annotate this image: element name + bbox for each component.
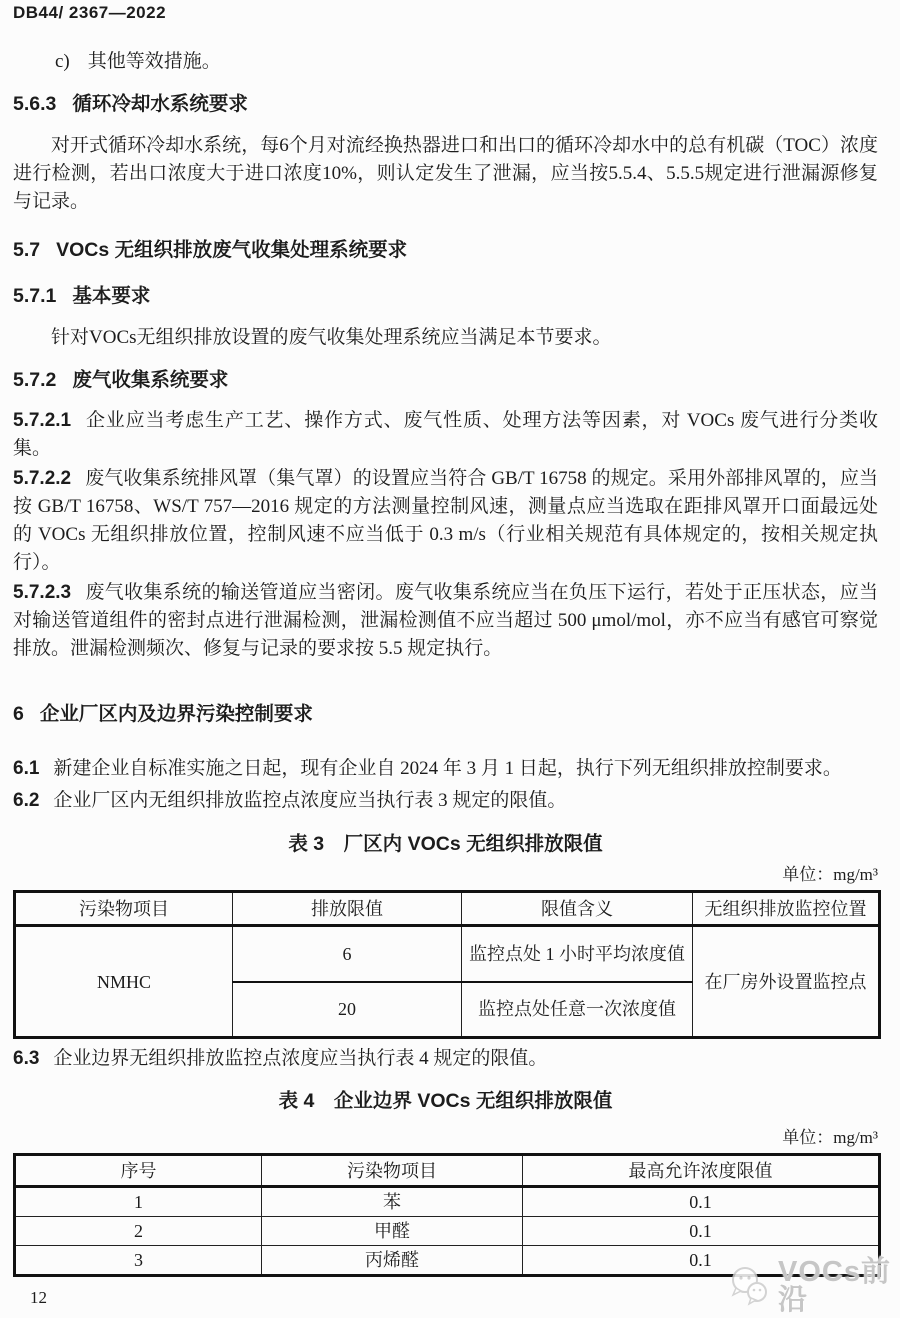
list-item-label: c) xyxy=(55,51,70,72)
table4-cell-no: 3 xyxy=(15,1246,262,1276)
table-row: 2 甲醛 0.1 xyxy=(15,1217,880,1246)
table4-unit-label: 单位：mg/m³ xyxy=(13,1127,878,1149)
table3-cell-meaning: 监控点处 1 小时平均浓度值 xyxy=(462,926,693,982)
table3-header-location: 无组织排放监控位置 xyxy=(693,892,880,926)
table3-title: 表 3 厂区内 VOCs 无组织排放限值 xyxy=(13,830,878,858)
heading-5-7: 5.7VOCs 无组织排放废气收集处理系统要求 xyxy=(13,236,878,264)
table4-cell-no: 2 xyxy=(15,1217,262,1246)
table4-header-pollutant: 污染物项目 xyxy=(262,1155,523,1187)
paragraph-5-6-3: 对开式循环冷却水系统，每6个月对流经换热器进口和出口的循环冷却水中的总有机碳（T… xyxy=(13,132,878,216)
table4-title: 表 4 企业边界 VOCs 无组织排放限值 xyxy=(13,1087,878,1115)
paragraph-5-7-1: 针对VOCs无组织排放设置的废气收集处理系统应当满足本节要求。 xyxy=(13,324,878,352)
table4-cell-limit: 0.1 xyxy=(523,1217,880,1246)
table3-header-meaning: 限值含义 xyxy=(462,892,693,926)
table-row: NMHC 6 监控点处 1 小时平均浓度值 在厂房外设置监控点 xyxy=(15,926,880,982)
table-row: 3 丙烯醛 0.1 xyxy=(15,1246,880,1276)
table3-header-limit: 排放限值 xyxy=(233,892,462,926)
heading-5-7-1: 5.7.1基本要求 xyxy=(13,282,878,310)
table3-header-pollutant: 污染物项目 xyxy=(15,892,233,926)
clause-5-7-2-2: 5.7.2.2废气收集系统排风罩（集气罩）的设置应当符合 GB/T 16758 … xyxy=(13,465,878,577)
table3-cell-pollutant: NMHC xyxy=(15,926,233,1038)
table4-cell-no: 1 xyxy=(15,1187,262,1217)
clause-6-3: 6.3企业边界无组织排放监控点浓度应当执行表 4 规定的限值。 xyxy=(13,1045,878,1073)
table3-cell-limit: 6 xyxy=(233,926,462,982)
table3-header-row: 污染物项目 排放限值 限值含义 无组织排放监控位置 xyxy=(15,892,880,926)
table3-cell-meaning: 监控点处任意一次浓度值 xyxy=(462,982,693,1038)
table3-cell-limit: 20 xyxy=(233,982,462,1038)
table4-cell-limit: 0.1 xyxy=(523,1246,880,1276)
heading-5-7-2: 5.7.2废气收集系统要求 xyxy=(13,366,878,394)
clause-5-7-2-1: 5.7.2.1企业应当考虑生产工艺、操作方式、废气性质、处理方法等因素，对 VO… xyxy=(13,407,878,463)
table4-cell-name: 甲醛 xyxy=(262,1217,523,1246)
page-number: 12 xyxy=(30,1284,47,1312)
table4-header-no: 序号 xyxy=(15,1155,262,1187)
clause-5-7-2-3: 5.7.2.3废气收集系统的输送管道应当密闭。废气收集系统应当在负压下运行，若处… xyxy=(13,579,878,663)
table4-boundary-limits: 序号 污染物项目 最高允许浓度限值 1 苯 0.1 2 甲醛 0.1 3 丙烯醛… xyxy=(13,1153,881,1277)
list-item-c: c)其他等效措施。 xyxy=(55,48,878,76)
clause-6-1: 6.1新建企业自标准实施之日起，现有企业自 2024 年 3 月 1 日起，执行… xyxy=(13,755,878,783)
table4-header-row: 序号 污染物项目 最高允许浓度限值 xyxy=(15,1155,880,1187)
table-row: 1 苯 0.1 xyxy=(15,1187,880,1217)
table4-header-maxlimit: 最高允许浓度限值 xyxy=(523,1155,880,1187)
table4-cell-name: 苯 xyxy=(262,1187,523,1217)
heading-6: 6企业厂区内及边界污染控制要求 xyxy=(13,700,878,728)
table3-cell-location: 在厂房外设置监控点 xyxy=(693,926,880,1038)
table4-cell-limit: 0.1 xyxy=(523,1187,880,1217)
document-page: DB44/ 2367—2022 c)其他等效措施。 5.6.3循环冷却水系统要求… xyxy=(0,0,900,1318)
doc-code-header: DB44/ 2367—2022 xyxy=(13,2,878,24)
table3-unit-label: 单位：mg/m³ xyxy=(13,864,878,886)
heading-5-6-3: 5.6.3循环冷却水系统要求 xyxy=(13,90,878,118)
table3-emission-limits: 污染物项目 排放限值 限值含义 无组织排放监控位置 NMHC 6 监控点处 1 … xyxy=(13,890,881,1039)
table4-cell-name: 丙烯醛 xyxy=(262,1246,523,1276)
clause-6-2: 6.2企业厂区内无组织排放监控点浓度应当执行表 3 规定的限值。 xyxy=(13,787,878,815)
list-item-text: 其他等效措施。 xyxy=(88,51,221,72)
